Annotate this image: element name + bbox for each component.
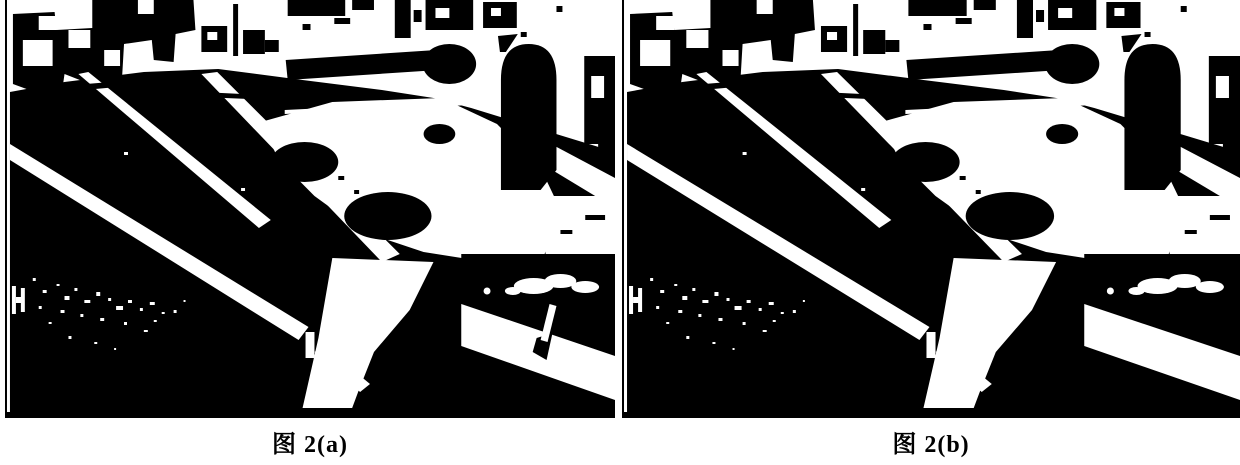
figure-caption-b: 图 2(b) <box>622 418 1240 465</box>
figure-2: 图 2(a) 图 2(b) <box>0 0 1240 465</box>
binarized-road-image-a <box>5 0 615 418</box>
binarized-road-image-b <box>622 0 1240 418</box>
figure-panel-b <box>622 0 1240 418</box>
caption-row: 图 2(a) 图 2(b) <box>0 418 1240 465</box>
figure-caption-a: 图 2(a) <box>5 418 615 465</box>
figure-panel-a <box>5 0 615 418</box>
